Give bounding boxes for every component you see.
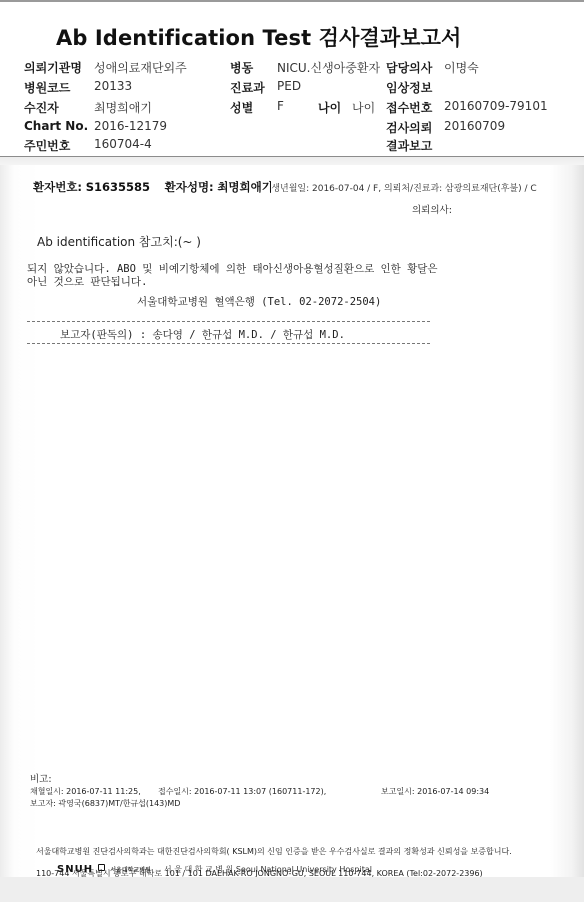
field-value: 160704-4 — [94, 137, 152, 151]
field-value: 2016-12179 — [94, 119, 167, 133]
field-value: 성애의료재단외주 — [94, 59, 187, 76]
dashed-divider — [27, 343, 430, 344]
field-label: Chart No. — [24, 119, 88, 133]
received-time: 접수일시: 2016-07-11 13:07 (160711-172), — [158, 786, 326, 797]
field-label: 검사의뢰 — [386, 119, 432, 136]
field-value: 20160709-79101 — [444, 99, 548, 113]
patient-id-line: 환자번호: S1635585 환자성명: 최명희애기생년월일: 2016-07-… — [33, 179, 537, 195]
field-label: 병동 — [230, 59, 253, 76]
collection-time: 채혈일시: 2016-07-11 11:25, — [30, 786, 141, 797]
field-value: 최명희애기 — [94, 99, 152, 116]
field-value: 20160709 — [444, 119, 505, 133]
field-value: PED — [277, 79, 301, 93]
field-label: 주민번호 — [24, 137, 70, 154]
field-label: 진료과 — [230, 79, 265, 96]
patient-no: S1635585 — [86, 180, 150, 194]
section-divider — [0, 156, 584, 165]
patient-name: 최명희애기 — [217, 179, 271, 195]
report-header: Ab Identification Test 검사결과보고서 의뢰기관명 성애의… — [0, 2, 584, 158]
field-label: 병원코드 — [24, 79, 70, 96]
remarks-label: 비고: — [30, 771, 52, 785]
field-value: 나이 — [352, 99, 375, 116]
field-value: F — [277, 99, 284, 113]
patient-name-label: 환자성명: — [165, 180, 214, 194]
field-value: 이명숙 — [444, 59, 479, 76]
scanned-report-image: 환자번호: S1635585 환자성명: 최명희애기생년월일: 2016-07-… — [0, 165, 584, 877]
field-label: 임상정보 — [386, 79, 432, 96]
reference-title: Ab identification 참고치:(~ ) — [37, 233, 201, 250]
field-value: NICU.신생아중환자 — [277, 59, 380, 76]
field-label: 접수번호 — [386, 99, 432, 116]
blood-bank-contact: 서울대학교병원 혈액은행 (Tel. 02-2072-2504) — [137, 294, 381, 309]
requesting-doctor: 의뢰의사: — [412, 202, 452, 216]
reporting-physicians: 보고자(판독의) : 송다영 / 한규섭 M.D. / 한규섭 M.D. — [60, 327, 345, 342]
field-label: 수진자 — [24, 99, 59, 116]
patient-no-label: 환자번호: — [33, 180, 82, 194]
field-label: 나이 — [318, 99, 341, 116]
certification-statement: 서울대학교병원 진단검사의학과는 대한진단검사의학회( KSLM)의 신임 인증… — [36, 846, 512, 857]
field-label: 결과보고 — [386, 137, 432, 154]
reported-time: 보고일시: 2016-07-14 09:34 — [381, 786, 489, 797]
reporters-info: 보고자: 곽영국(6837)MT/한규섭(143)MD — [30, 798, 180, 809]
field-value: 20133 — [94, 79, 132, 93]
field-label: 성별 — [230, 99, 253, 116]
report-title: Ab Identification Test 검사결과보고서 — [56, 22, 461, 52]
dashed-divider — [27, 321, 430, 322]
birth-info: 생년월일: 2016-07-04 / F, 의뢰처/진료과: 삼광의료재단(후불… — [271, 184, 536, 194]
bottom-margin — [0, 877, 584, 902]
result-text-line2: 아닌 것으로 판단됩니다. — [27, 274, 147, 289]
field-label: 담당의사 — [386, 59, 432, 76]
field-label: 의뢰기관명 — [24, 59, 82, 76]
